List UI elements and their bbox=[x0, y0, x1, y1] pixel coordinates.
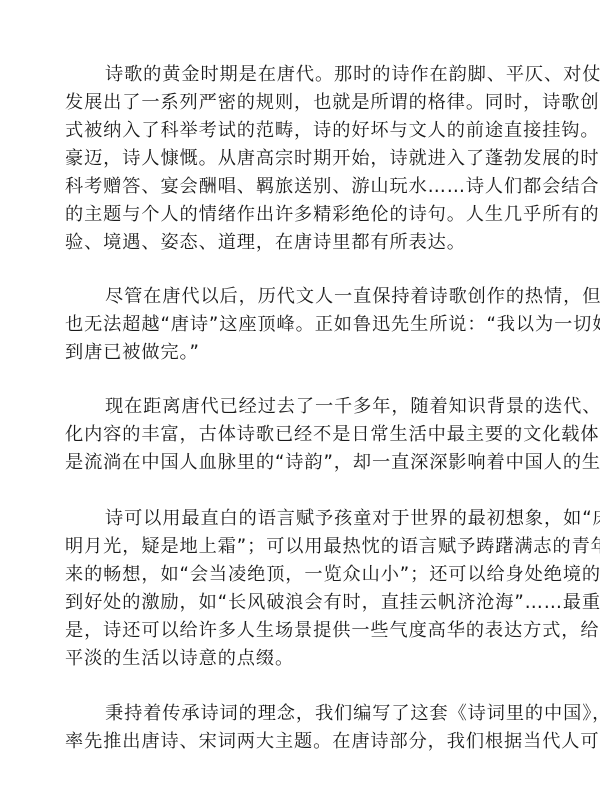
text-line: 现在距离唐代已经过去了一千多年，随着知识背景的迭代、文 bbox=[65, 393, 537, 421]
text-line: 秉持着传承诗词的理念，我们编写了这套《诗词里的中国》， bbox=[65, 700, 537, 728]
text-line: 验、境遇、姿态、道理，在唐诗里都有所表达。 bbox=[65, 229, 537, 257]
text-line: 也无法超越“唐诗”这座顶峰。正如鲁迅先生所说：“我以为一切好诗， bbox=[65, 311, 537, 339]
text-line: 诗可以用最直白的语言赋予孩童对于世界的最初想象，如“床前 bbox=[65, 505, 537, 533]
paragraph-modern-times: 现在距离唐代已经过去了一千多年，随着知识背景的迭代、文 化内容的丰富，古体诗歌已… bbox=[65, 393, 537, 477]
paragraph-tang-golden-age: 诗歌的黄金时期是在唐代。那时的诗作在韵脚、平仄、对仗上 发展出了一系列严密的规则… bbox=[65, 61, 537, 257]
text-line: 到好处的激励，如“长风破浪会有时，直挂云帆济沧海”……最重要的 bbox=[65, 589, 537, 617]
text-line: 来的畅想，如“会当凌绝顶，一览众山小”；还可以给身处绝境的人恰 bbox=[65, 561, 537, 589]
text-line: 科考赠答、宴会酬唱、羁旅送别、游山玩水……诗人们都会结合当时 bbox=[65, 173, 537, 201]
text-line: 明月光，疑是地上霜”；可以用最热忱的语言赋予踌躇满志的青年对未 bbox=[65, 533, 537, 561]
text-line: 豪迈，诗人慷慨。从唐高宗时期开始，诗就进入了蓬勃发展的时期。 bbox=[65, 145, 537, 173]
text-line: 率先推出唐诗、宋词两大主题。在唐诗部分，我们根据当代人可能遇 bbox=[65, 728, 537, 756]
paragraph-after-tang: 尽管在唐代以后，历代文人一直保持着诗歌创作的热情，但再 也无法超越“唐诗”这座顶… bbox=[65, 283, 537, 367]
text-line: 是，诗还可以给许多人生场景提供一些气度高华的表达方式，给我们 bbox=[65, 617, 537, 645]
text-line: 发展出了一系列严密的规则，也就是所谓的格律。同时，诗歌创作正 bbox=[65, 89, 537, 117]
text-line: 诗歌的黄金时期是在唐代。那时的诗作在韵脚、平仄、对仗上 bbox=[65, 61, 537, 89]
text-line: 是流淌在中国人血脉里的“诗韵”，却一直深深影响着中国人的生活： bbox=[65, 449, 537, 477]
text-line: 尽管在唐代以后，历代文人一直保持着诗歌创作的热情，但再 bbox=[65, 283, 537, 311]
paragraph-book-intro: 秉持着传承诗词的理念，我们编写了这套《诗词里的中国》， 率先推出唐诗、宋词两大主… bbox=[65, 700, 537, 756]
text-line: 化内容的丰富，古体诗歌已经不是日常生活中最主要的文化载体，但 bbox=[65, 421, 537, 449]
text-line: 式被纳入了科举考试的范畴，诗的好坏与文人的前途直接挂钩。盛世 bbox=[65, 117, 537, 145]
text-line: 到唐已被做完。” bbox=[65, 339, 537, 367]
text-line: 的主题与个人的情绪作出许多精彩绝伦的诗句。人生几乎所有的经 bbox=[65, 201, 537, 229]
text-line: 平淡的生活以诗意的点缀。 bbox=[65, 645, 537, 673]
document-page: 诗歌的黄金时期是在唐代。那时的诗作在韵脚、平仄、对仗上 发展出了一系列严密的规则… bbox=[0, 0, 600, 800]
paragraph-poetry-uses: 诗可以用最直白的语言赋予孩童对于世界的最初想象，如“床前 明月光，疑是地上霜”；… bbox=[65, 505, 537, 673]
